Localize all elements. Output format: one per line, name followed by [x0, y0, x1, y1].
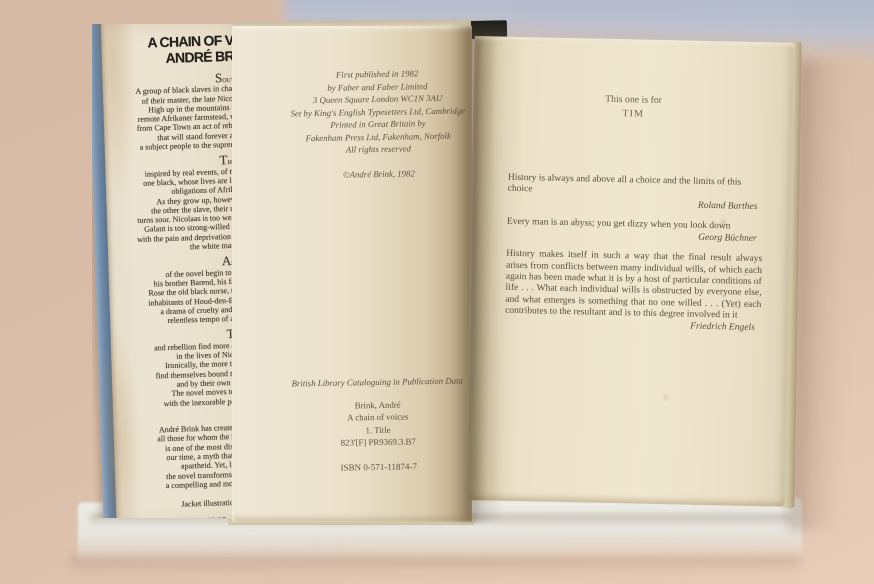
flap-paper: A CHAIN OF V ANDRÉ BR Sout A group of bl… [92, 24, 233, 518]
epigraph-text: History makes itself in such a way that … [505, 249, 762, 322]
flap-body: Sout A group of black slaves in char of … [107, 73, 233, 518]
flap-blurb: A CHAIN OF V ANDRÉ BR Sout A group of bl… [106, 33, 233, 518]
sheet-shadow [70, 556, 800, 574]
price-label: £7.95 [121, 516, 233, 518]
epigraph: Every man is an abyss; you get dizzy whe… [507, 217, 763, 246]
flap-paragraph: This inspired by real events, of tw one … [110, 155, 233, 254]
flap-paragraph: In André Brink has created fo all those … [118, 411, 233, 491]
epigraph: History makes itself in such a way that … [505, 249, 763, 334]
epigraph: History is always and above all a choice… [507, 173, 764, 213]
flap-paragraph: The and rebellion find more and in the l… [116, 329, 233, 409]
jacket-credit-line: Jacket illustration by [121, 498, 233, 511]
epigraph-page: This one is for TIM History is always an… [465, 36, 795, 507]
open-book-photo: A CHAIN OF V ANDRÉ BR Sout A group of bl… [0, 0, 874, 584]
dust-jacket-flap: A CHAIN OF V ANDRÉ BR Sout A group of bl… [92, 24, 233, 518]
flap-paragraph: Sout A group of black slaves in char of … [107, 73, 233, 153]
epigraph-list: History is always and above all a choice… [505, 173, 764, 344]
flap-paragraph: As t of the novel begin to sp his brothe… [113, 256, 233, 327]
copyright-page: First published in 1982 by Faber and Fab… [232, 26, 472, 522]
flap-author-line: ANDRÉ BR [107, 48, 233, 67]
